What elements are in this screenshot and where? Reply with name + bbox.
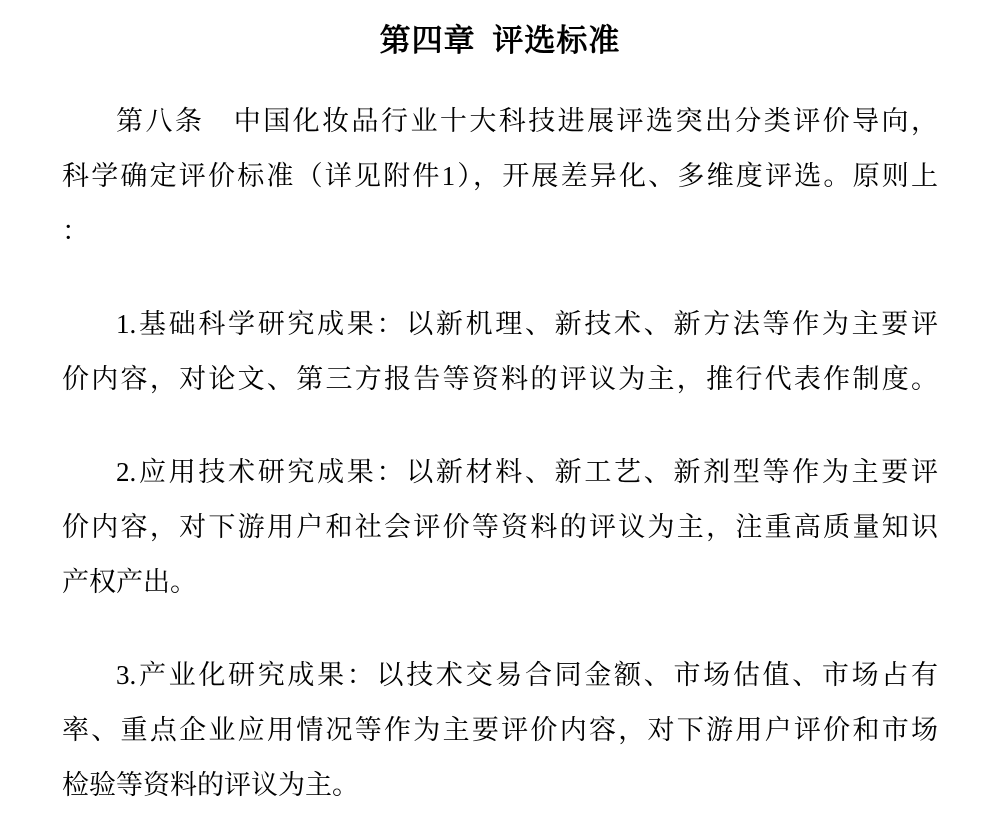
text-line: 产权产出。 [62, 555, 938, 610]
paragraph-item-1: 1.基础科学研究成果：以新机理、新技术、新方法等作为主要评 价内容，对论文、第三… [62, 297, 938, 407]
text-line: 率、重点企业应用情况等作为主要评价内容，对下游用户评价和市场 [62, 703, 938, 758]
text-line: 第八条 中国化妆品行业十大科技进展评选突出分类评价导向， [62, 94, 938, 149]
text-line: 1.基础科学研究成果：以新机理、新技术、新方法等作为主要评 [62, 297, 938, 352]
text-line: 检验等资料的评议为主。 [62, 758, 938, 813]
text-line: ： [62, 204, 938, 259]
document-page: 第四章 评选标准 第八条 中国化妆品行业十大科技进展评选突出分类评价导向， 科学… [0, 0, 1000, 813]
paragraph-article-8: 第八条 中国化妆品行业十大科技进展评选突出分类评价导向， 科学确定评价标准（详见… [62, 94, 938, 259]
chapter-title: 第四章 评选标准 [62, 20, 938, 62]
paragraph-item-3: 3.产业化研究成果：以技术交易合同金额、市场估值、市场占有 率、重点企业应用情况… [62, 648, 938, 813]
paragraph-item-2: 2.应用技术研究成果：以新材料、新工艺、新剂型等作为主要评 价内容，对下游用户和… [62, 445, 938, 610]
text-line: 科学确定评价标准（详见附件1），开展差异化、多维度评选。原则上 [62, 149, 938, 204]
text-line: 价内容，对下游用户和社会评价等资料的评议为主，注重高质量知识 [62, 500, 938, 555]
text-line: 3.产业化研究成果：以技术交易合同金额、市场估值、市场占有 [62, 648, 938, 703]
text-line: 价内容，对论文、第三方报告等资料的评议为主，推行代表作制度。 [62, 352, 938, 407]
text-line: 2.应用技术研究成果：以新材料、新工艺、新剂型等作为主要评 [62, 445, 938, 500]
